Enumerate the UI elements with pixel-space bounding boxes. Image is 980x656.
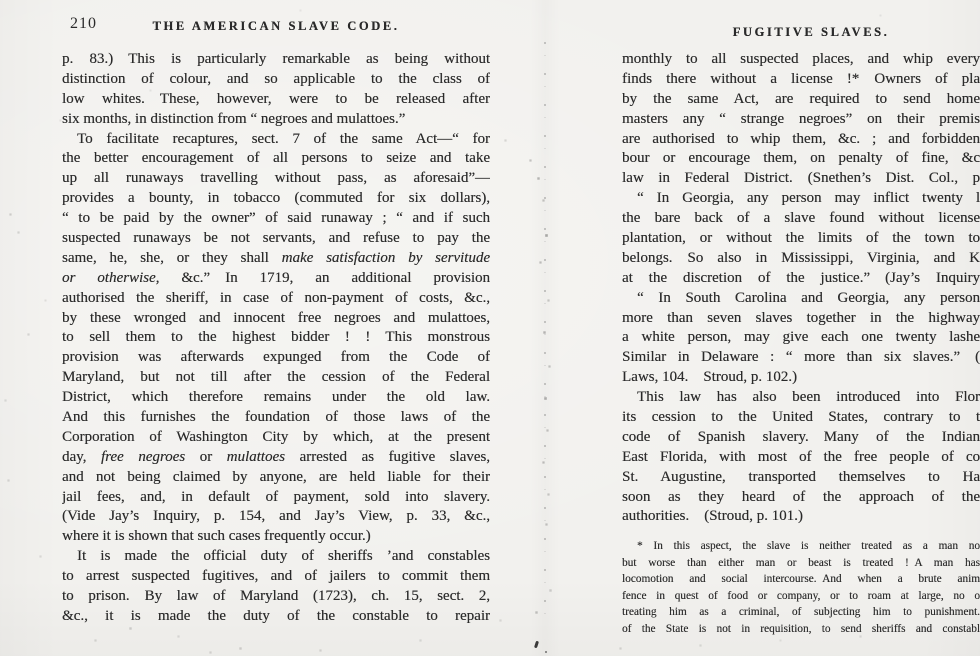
text-line: “ to be paid by the owner” of said runaw…: [62, 209, 490, 229]
text-line: p. 83.) This is particularly remarkable …: [62, 50, 490, 70]
text-line: authorised the sheriff, in case of non-p…: [62, 289, 490, 309]
running-title-right: FUGITIVE SLAVES.: [632, 25, 980, 40]
right-page: FUGITIVE SLAVES. monthly to all suspecte…: [622, 0, 980, 656]
text-line: and not being claimed by anyone, are hel…: [62, 468, 490, 488]
text-line: masters any “ strange negroes” on their …: [622, 110, 980, 130]
text-line: “ In South Carolina and Georgia, any per…: [622, 289, 980, 309]
text-line: finds there without a license !* Owners …: [622, 70, 980, 90]
text-line: but worse than either man or beast is tr…: [622, 555, 980, 572]
text-line: up all runaways travelling without pass,…: [62, 169, 490, 189]
text-line: code of Spanish slavery. Many of the Ind…: [622, 428, 980, 448]
text-line: St. Augustine, transported themselves to…: [622, 468, 980, 488]
text-line: low whites. These, however, were to be r…: [62, 90, 490, 110]
text-line: where it is shown that such cases freque…: [62, 527, 490, 547]
text-line: To facilitate recaptures, sect. 7 of the…: [62, 130, 490, 150]
text-line: to arrest suspected fugitives, and of ja…: [62, 567, 490, 587]
text-line: by these wronged and innocent free negro…: [62, 309, 490, 329]
gutter-shadow: [530, 0, 560, 656]
right-page-body: monthly to all suspected places, and whi…: [622, 50, 980, 527]
running-title-left: THE AMERICAN SLAVE CODE.: [62, 19, 490, 34]
text-line: (Vide Jay’s Inquiry, p. 154, and Jay’s V…: [62, 507, 490, 527]
text-line: at the discretion of the justice.” (Jay’…: [622, 269, 980, 289]
text-line: the better encouragement of all persons …: [62, 149, 490, 169]
ink-mark: [545, 651, 547, 653]
text-line: distinction of colour, and so applicable…: [62, 70, 490, 90]
footnote: * In this aspect, the slave is neither t…: [622, 538, 980, 638]
text-line: suspected runaways be not servants, and …: [62, 229, 490, 249]
text-line: treating him as a criminal, of subjectin…: [622, 604, 980, 621]
gutter-fold-dots: [544, 42, 546, 622]
scan-noise: [0, 0, 1, 1]
text-line: And this furnishes the foundation of tho…: [62, 408, 490, 428]
text-line: fence in quest of food or company, or to…: [622, 588, 980, 605]
text-line: its cession to the United States, contra…: [622, 408, 980, 428]
text-line: authorities. (Stroud, p. 101.): [622, 507, 980, 527]
text-line: plantation, or without the limits of the…: [622, 229, 980, 249]
text-line: provides a bounty, in tobacco (commuted …: [62, 189, 490, 209]
text-line: monthly to all suspected places, and whi…: [622, 50, 980, 70]
text-line: or otherwise, &c.” In 1719, an additiona…: [62, 269, 490, 289]
text-line: Laws, 104. Stroud, p. 102.): [622, 368, 980, 388]
text-line: day, free negroes or mulattoes arrested …: [62, 448, 490, 468]
text-line: District, which therefore remains under …: [62, 388, 490, 408]
text-line: a white person, may give each one twenty…: [622, 328, 980, 348]
text-line: soon as they heard of the approach of th…: [622, 488, 980, 508]
text-line: to prison. By law of Maryland (1723), ch…: [62, 587, 490, 607]
ink-mark: [534, 641, 539, 649]
text-line: by the same Act, are required to send ho…: [622, 90, 980, 110]
text-line: * In this aspect, the slave is neither t…: [622, 538, 980, 555]
text-line: six months, in distinction from “ negroe…: [62, 110, 490, 130]
text-line: same, he, she, or they shall make satisf…: [62, 249, 490, 269]
left-page-body: p. 83.) This is particularly remarkable …: [62, 50, 490, 627]
text-line: Maryland, but not till after the cession…: [62, 368, 490, 388]
text-line: are authorised to whip them, &c. ; and f…: [622, 130, 980, 150]
text-line: the bare back of a slave found without l…: [622, 209, 980, 229]
left-page: 210 THE AMERICAN SLAVE CODE. p. 83.) Thi…: [62, 0, 490, 656]
text-line: “ In Georgia, any person may inflict twe…: [622, 189, 980, 209]
text-line: law in Federal District. (Snethen’s Dist…: [622, 169, 980, 189]
text-line: more than seven slaves together in the h…: [622, 309, 980, 329]
text-line: &c., it is made the duty of the constabl…: [62, 607, 490, 627]
text-line: This law has also been introduced into F…: [622, 388, 980, 408]
text-line: Corporation of Washington City by which,…: [62, 428, 490, 448]
text-line: provision was afterwards expunged from t…: [62, 348, 490, 368]
text-line: of the State is not in requisition, to s…: [622, 621, 980, 638]
text-line: belongs. So also in Mississippi, Virgini…: [622, 249, 980, 269]
text-line: locomotion and social intercourse. And w…: [622, 571, 980, 588]
text-line: to sell them to the highest bidder ! ! T…: [62, 328, 490, 348]
text-line: It is made the official duty of sheriffs…: [62, 547, 490, 567]
text-line: Similar in Delaware : “ more than six sl…: [622, 348, 980, 368]
text-line: jail fees, and, in default of payment, s…: [62, 488, 490, 508]
text-line: bour or encourage them, on penalty of fi…: [622, 149, 980, 169]
text-line: East Florida, with most of the free peop…: [622, 448, 980, 468]
